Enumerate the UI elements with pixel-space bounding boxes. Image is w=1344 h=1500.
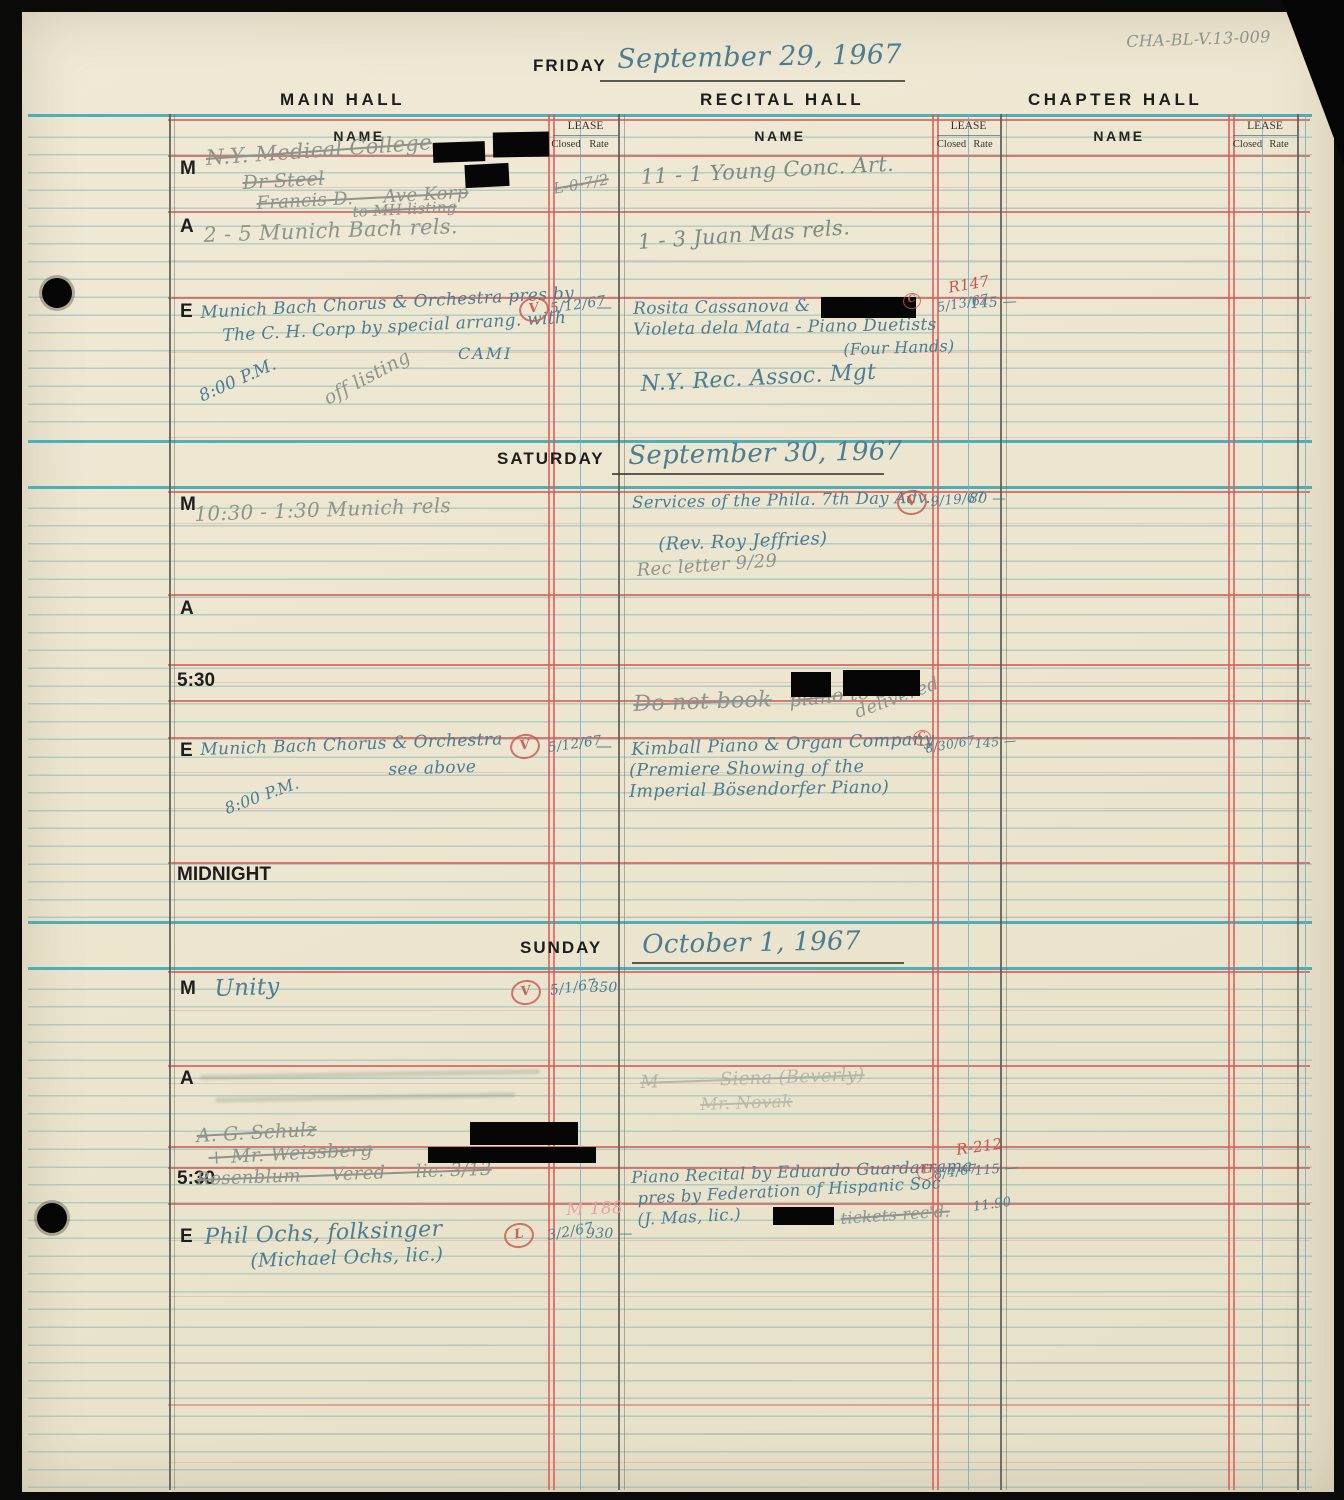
day-date-friday: September 29, 1967 <box>617 39 902 75</box>
closed-rate-divider <box>580 114 581 1490</box>
redaction-box <box>493 132 549 158</box>
entry-text: Do not book <box>633 687 772 717</box>
entry-text: (Four Hands) <box>843 336 955 359</box>
pink-rule <box>168 352 1310 353</box>
lease-rate: 930 — <box>586 1226 633 1242</box>
lease-header-recital: LEASE <box>937 120 1000 132</box>
red-rule <box>168 119 1310 121</box>
name-header-chapter: NAME <box>1010 128 1228 144</box>
pink-rule <box>168 1462 1310 1463</box>
hall-title-recital: RECITAL HALL <box>700 90 864 110</box>
section-line <box>28 921 1312 924</box>
day-date-saturday: September 30, 1967 <box>628 436 903 471</box>
column-line <box>1006 114 1007 1490</box>
day-date-sunday: October 1, 1967 <box>642 926 861 960</box>
column-line <box>1305 114 1306 1490</box>
redaction-box <box>433 141 486 163</box>
column-line <box>174 114 175 1490</box>
date-underline <box>600 80 905 82</box>
redaction-box <box>791 672 831 697</box>
lease-header-main: LEASE <box>553 120 618 132</box>
redaction-box <box>773 1207 834 1225</box>
entry-text: CAMI <box>458 344 513 363</box>
pink-rule <box>168 523 1310 524</box>
redaction-box <box>464 163 509 188</box>
closed-rate-divider <box>968 114 969 1490</box>
column-line <box>1000 114 1002 1490</box>
date-underline <box>612 473 884 475</box>
red-rule <box>168 862 1310 864</box>
lease-column-line <box>1233 114 1235 1490</box>
red-rule <box>168 211 1310 213</box>
lease-divider-line <box>1233 135 1297 136</box>
row-label-afternoon: A <box>180 598 194 620</box>
lease-header-chapter: LEASE <box>1233 120 1297 132</box>
lease-divider-line <box>553 135 618 136</box>
red-rule <box>168 1065 1310 1067</box>
pink-rule <box>168 682 1310 683</box>
column-line <box>1297 114 1299 1490</box>
red-rule <box>168 594 1310 596</box>
entry-text: see above <box>388 757 477 780</box>
row-label-evening: E <box>180 301 193 323</box>
lease-divider-line <box>937 135 1000 136</box>
entry-text: (Premiere Showing of the <box>629 757 864 781</box>
closed-header-recital: Closed <box>935 139 968 150</box>
lease-rate: 350 <box>590 980 618 996</box>
lease-code: M 188 <box>566 1198 623 1220</box>
row-label-morning: M <box>180 158 196 180</box>
row-label-afternoon: A <box>180 1068 194 1090</box>
lease-rate: 80 — <box>969 491 1006 507</box>
column-line <box>618 114 620 1490</box>
redaction-box <box>470 1122 578 1145</box>
hall-title-main: MAIN HALL <box>280 90 405 110</box>
closed-header-main: Closed <box>550 139 582 150</box>
row-label-midnight: MIDNIGHT <box>177 864 271 886</box>
entry-text: Unity <box>214 974 280 1002</box>
hall-title-chapter: CHAPTER HALL <box>1028 90 1202 110</box>
day-label-friday: FRIDAY <box>533 56 607 76</box>
row-label-morning: M <box>180 978 196 1000</box>
name-header-recital: NAME <box>628 128 932 144</box>
red-rule <box>168 1404 1310 1406</box>
pink-rule <box>168 437 1310 438</box>
lease-column-line <box>1228 114 1230 1490</box>
row-label-evening: E <box>180 740 193 762</box>
lease-rate: — <box>596 297 612 316</box>
lease-rate: — <box>596 736 612 755</box>
pink-rule <box>168 1433 1310 1434</box>
pink-rule <box>168 917 1310 918</box>
section-line <box>28 114 1312 117</box>
pink-rule <box>168 1363 1310 1364</box>
rate-header-main: Rate <box>580 139 618 150</box>
day-label-saturday: SATURDAY <box>497 449 605 469</box>
entry-text: Rosita Cassanova & <box>633 296 810 319</box>
red-rule <box>168 971 1310 973</box>
date-underline <box>632 962 904 964</box>
red-rule <box>168 664 1310 666</box>
row-label-afternoon: A <box>180 216 194 238</box>
redaction-box <box>843 670 920 696</box>
row-label-evening: E <box>180 1226 193 1248</box>
pink-rule <box>168 1296 1310 1297</box>
closed-rate-divider <box>1262 114 1263 1490</box>
column-line <box>624 114 625 1490</box>
day-label-sunday: SUNDAY <box>520 938 602 958</box>
section-line <box>28 967 1312 970</box>
entry-text: Mr. Novak <box>700 1092 793 1115</box>
row-label-530: 5:30 <box>177 670 215 692</box>
pink-rule <box>168 1010 1310 1011</box>
rate-header-recital: Rate <box>966 139 1000 150</box>
punch-hole <box>37 1203 67 1233</box>
rate-header-chapter: Rate <box>1260 139 1298 150</box>
redaction-box <box>428 1147 596 1163</box>
punch-hole <box>42 278 72 308</box>
ledger-scan-page: CHA-BL-V.13-009 FRIDAY September 29, 196… <box>0 0 1344 1500</box>
column-line <box>169 114 171 1490</box>
section-line <box>28 486 1312 489</box>
lease-rate: 145 — <box>970 294 1017 312</box>
lease-column-line <box>937 114 939 1490</box>
pink-rule <box>168 260 1310 261</box>
pink-rule <box>168 808 1310 809</box>
